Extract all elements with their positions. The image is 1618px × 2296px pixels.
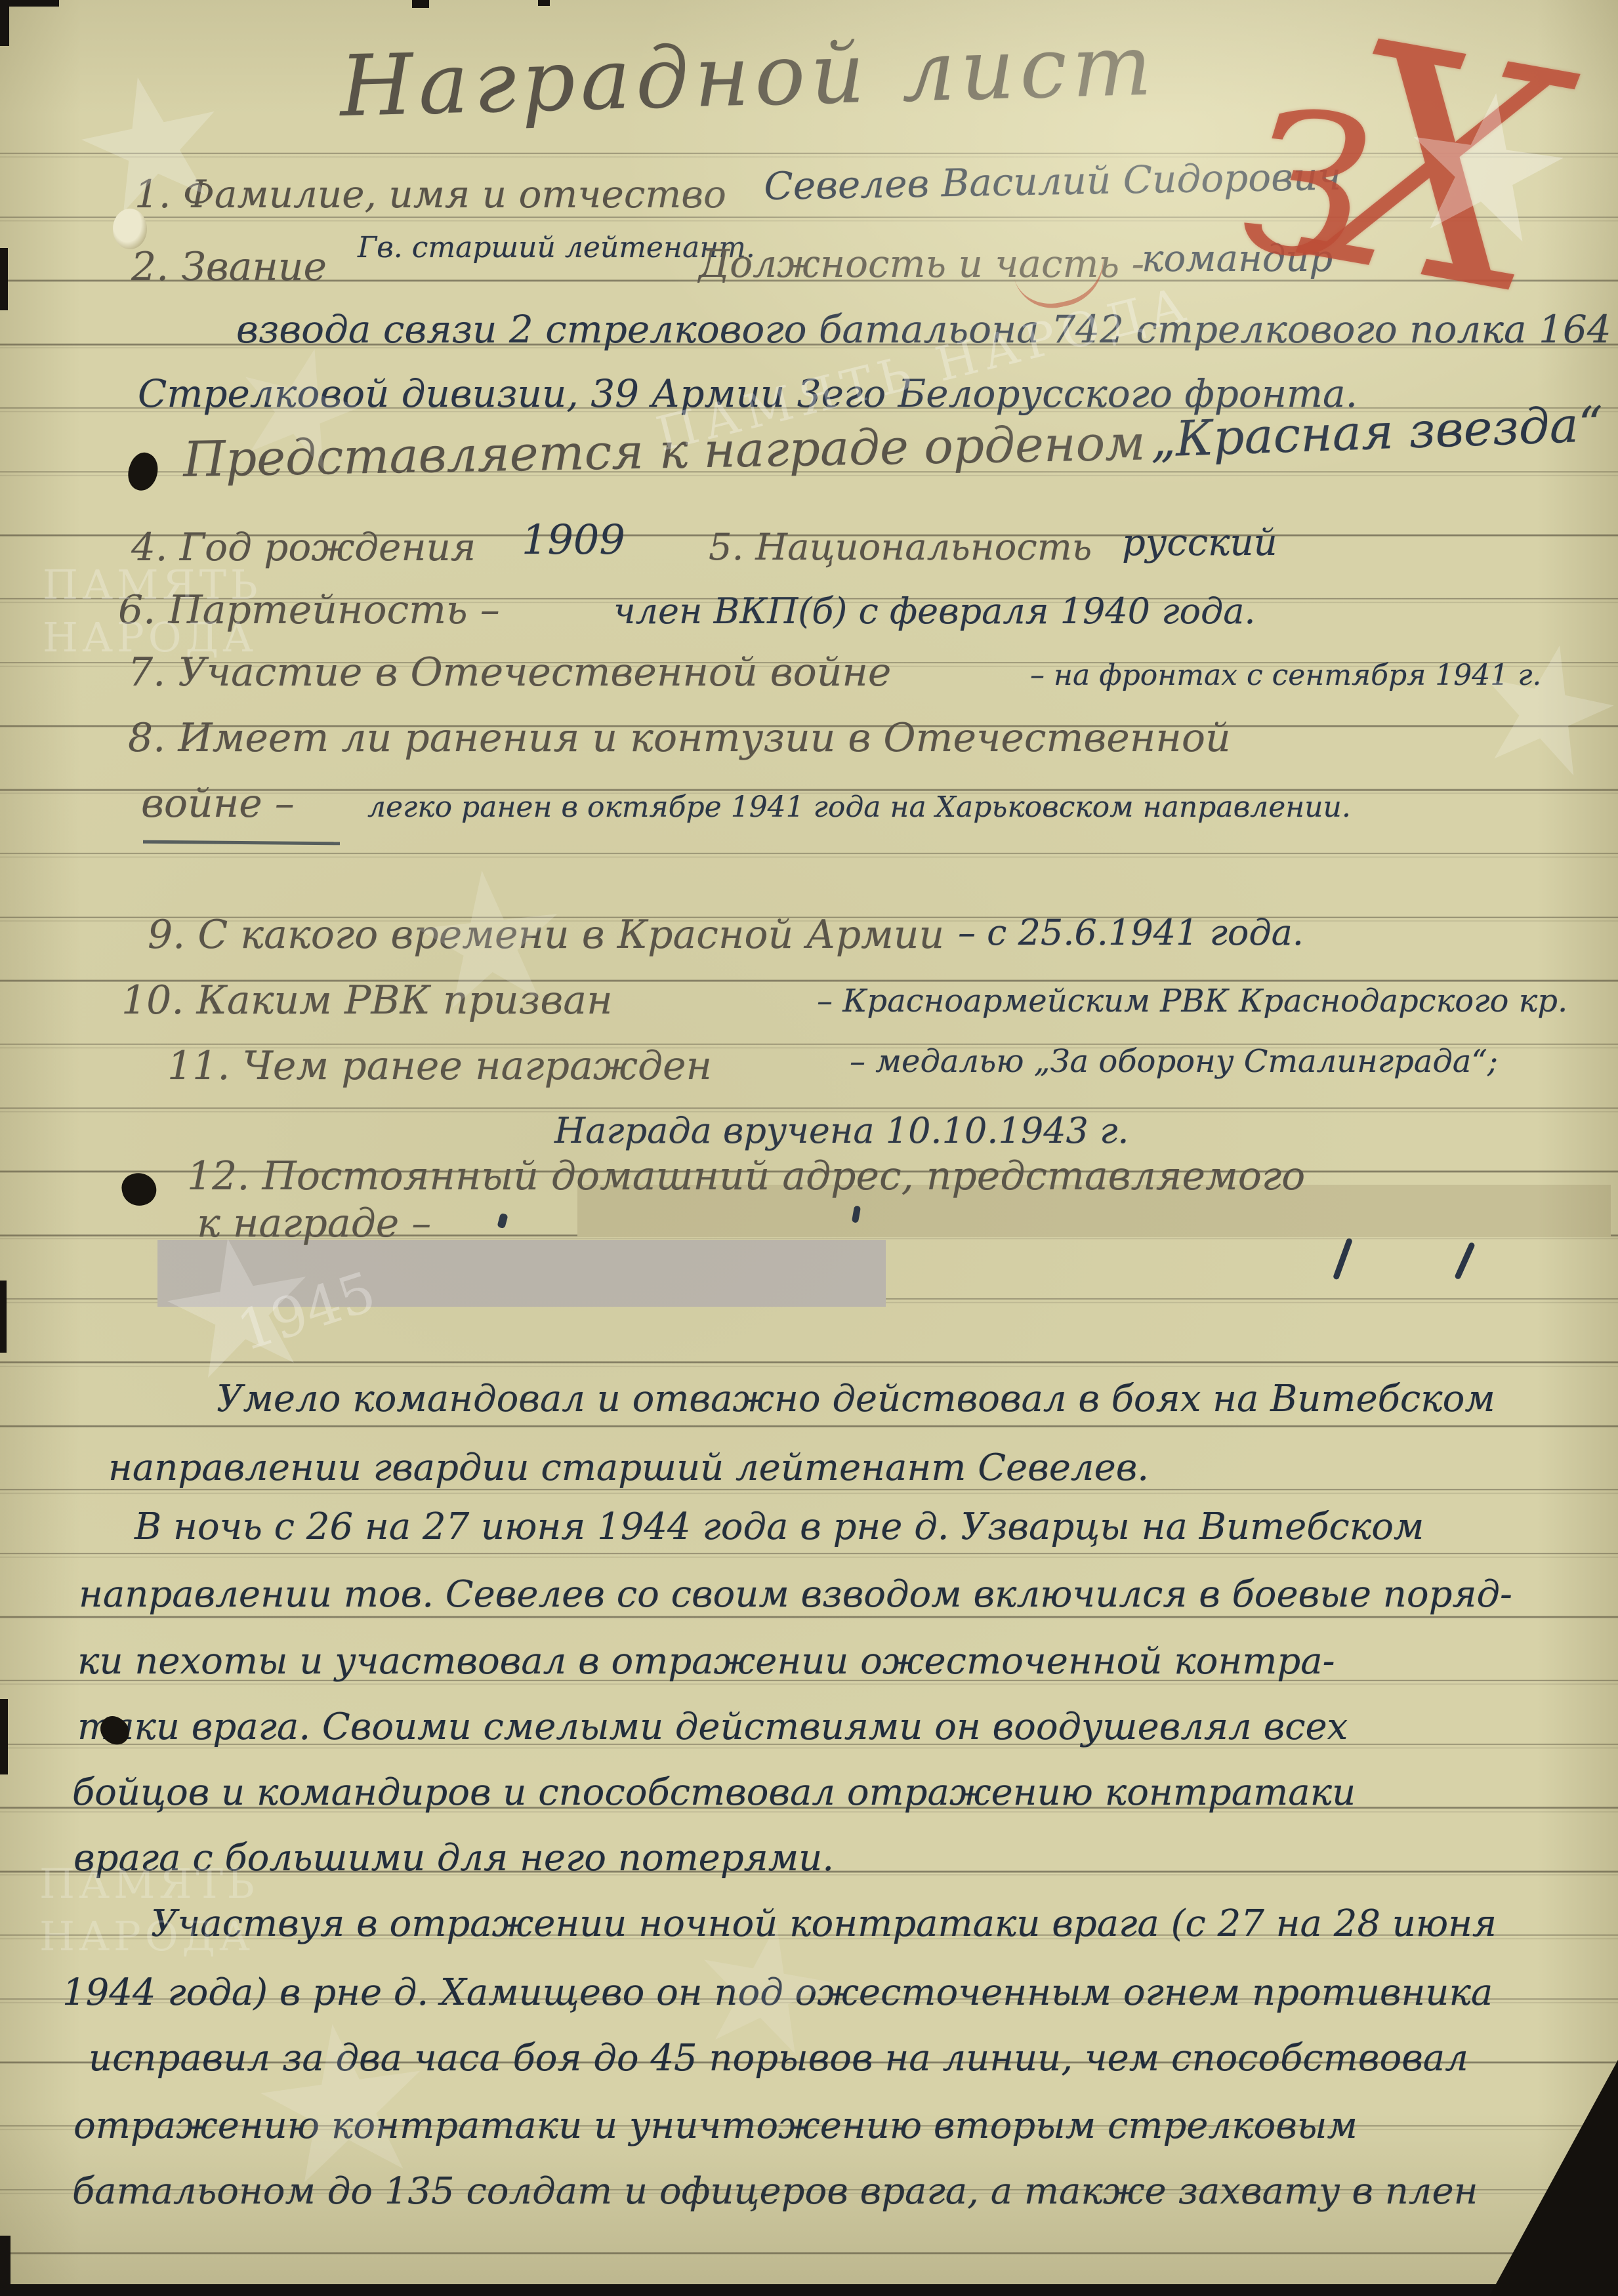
document-title: Наградной лист	[339, 16, 1158, 136]
form-item-8-label: 8. Имеет ли ранения и контузии в Отечест…	[128, 715, 1231, 761]
narrative-line: бойцов и командиров и способствовал отра…	[72, 1771, 1356, 1814]
form-item-10-value: – Красноармейским РВК Краснодарского кр.	[817, 983, 1567, 1019]
form-item-4-value: 1909	[522, 516, 625, 564]
narrative-line: таки врага. Своими смелыми действиями он…	[77, 1706, 1348, 1748]
form-item-2-rank: Гв. старший лейтенант.	[358, 231, 755, 264]
form-item-2-line3: Стрелковой дивизии, 39 Армии 3его Белору…	[138, 371, 1358, 416]
narrative-line: врага с большими для него потерями.	[73, 1837, 834, 1879]
form-item-12-label: 12. Постоянный домашний адрес, представл…	[187, 1153, 1305, 1199]
narrative-line: направлении гвардии старший лейтенант Се…	[108, 1446, 1149, 1489]
page-edge	[0, 0, 59, 7]
form-item-4-label: 4. Год рождения	[131, 525, 476, 569]
form-item-7-label: 7. Участие в Отечественной войне	[128, 649, 891, 695]
form-item-6-label: 6. Партейность –	[118, 587, 500, 633]
form-item-11-line2: Награда вручена 10.10.1943 г.	[554, 1110, 1129, 1151]
narrative-line: В ночь с 26 на 27 июня 1944 года в рне д…	[135, 1506, 1424, 1548]
narrative-line: направлении тов. Севелев со своим взводо…	[79, 1573, 1512, 1616]
page-edge	[412, 0, 429, 8]
form-item-11-label: 11. Чем ранее награжден	[167, 1043, 712, 1089]
form-item-7-value: – на фронтах с сентября 1941 г.	[1030, 659, 1542, 692]
scanned-award-document: Наградной лист З Х 1. Фамилие, имя и отч…	[0, 0, 1618, 2296]
form-item-5-label: 5. Национальность	[709, 526, 1092, 569]
form-item-8-label-cont: войне –	[141, 781, 295, 827]
narrative-line: исправил за два часа боя до 45 порывов н…	[89, 2037, 1468, 2080]
form-item-6-value: член ВКП(б) с февраля 1940 года.	[613, 590, 1256, 632]
form-item-9-value: – с 25.6.1941 года.	[958, 912, 1304, 953]
form-item-9-label: 9. С какого времени в Красной Армии	[148, 912, 944, 958]
narrative-line: батальоном до 135 солдат и офицеров враг…	[72, 2170, 1478, 2213]
form-item-12-label-cont: к награде –	[197, 1200, 431, 1246]
form-item-8-value: легко ранен в октябре 1941 года на Харьк…	[367, 790, 1351, 824]
paper-hole	[113, 209, 147, 249]
page-edge	[0, 1281, 7, 1353]
page-bottom-edge	[0, 2284, 1618, 2296]
page-edge	[0, 1699, 8, 1774]
form-item-2-label: 2. Звание	[131, 244, 327, 290]
narrative-line: Участвуя в отражении ночной контратаки в…	[151, 1902, 1497, 1945]
form-item-1-label: 1. Фамилие, имя и отчество	[135, 172, 726, 216]
form-item-10-label: 10. Каким РВК призван	[121, 977, 613, 1023]
narrative-line: 1944 года) в рне д. Хамищево он под ожес…	[62, 1971, 1493, 2014]
narrative-line: Умело командовал и отважно действовал в …	[217, 1378, 1495, 1420]
redaction-block-grey	[157, 1240, 886, 1307]
narrative-line: ки пехоты и участвовал в отражении ожест…	[77, 1640, 1335, 1683]
form-item-5-value: русский	[1122, 522, 1277, 564]
page-edge	[0, 248, 8, 310]
form-item-11-value: – медалью „За оборону Сталинграда“;	[850, 1043, 1498, 1080]
page-edge	[538, 0, 550, 6]
narrative-line: отражению контратаки и уничтожению вторы…	[73, 2104, 1358, 2147]
page-edge	[0, 0, 9, 46]
